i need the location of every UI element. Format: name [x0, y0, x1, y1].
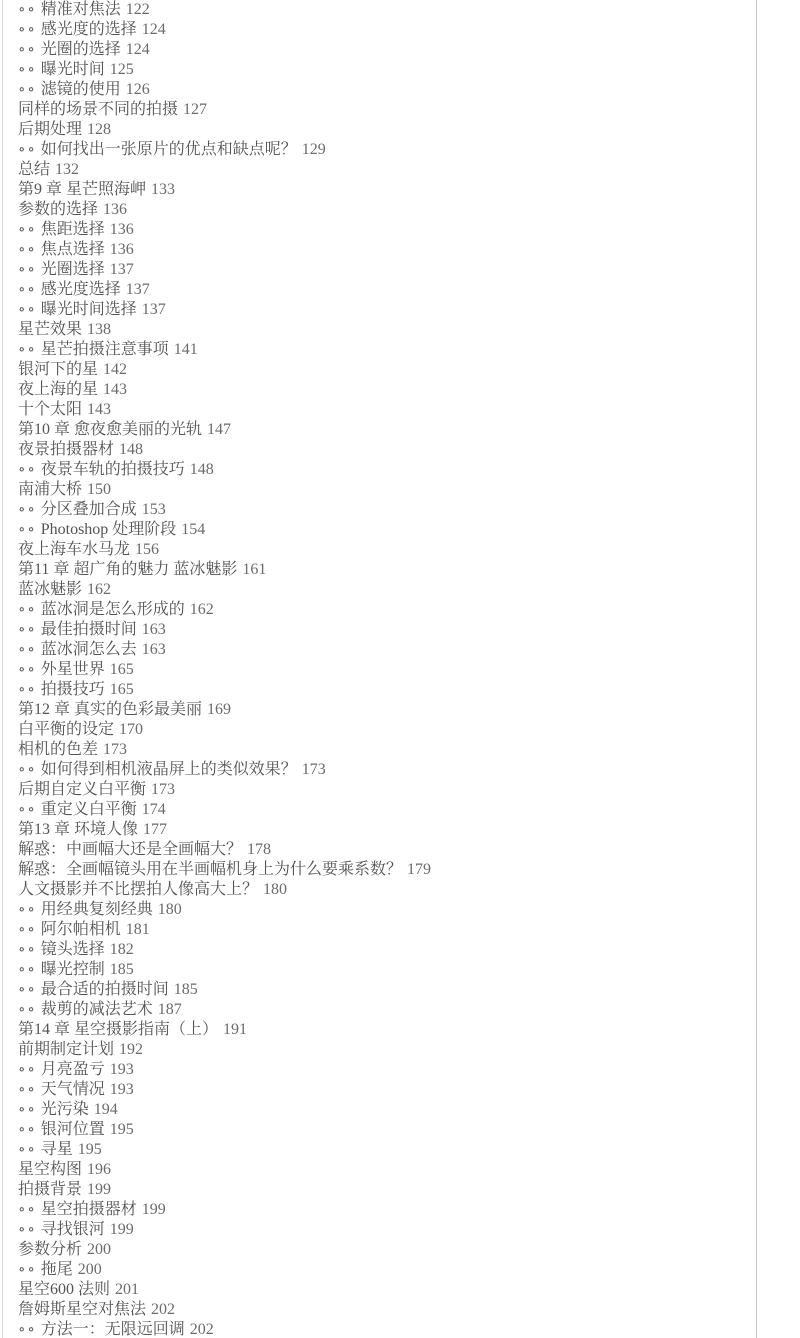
- sub-item-marker: ∘∘: [18, 1140, 37, 1160]
- toc-entry-item: 十个太阳143: [18, 400, 756, 420]
- toc-entry-title: 解惑：中画幅大还是全画幅大？: [18, 841, 242, 858]
- sub-item-marker: ∘∘: [18, 920, 37, 940]
- toc-entry-sub: ∘∘最佳拍摄时间163: [18, 620, 756, 640]
- toc-entry-page: 173: [302, 761, 326, 778]
- toc-entry-page: 185: [174, 981, 198, 998]
- toc-entry-page: 191: [223, 1021, 247, 1038]
- sub-item-marker: ∘∘: [18, 1060, 37, 1080]
- toc-entry-sub: ∘∘方法一：无限远回调202: [18, 1320, 756, 1338]
- toc-entry-title: 蓝冰洞是怎么形成的: [41, 601, 185, 618]
- sub-item-marker: ∘∘: [18, 1220, 37, 1240]
- toc-entry-sub: ∘∘寻找银河199: [18, 1220, 756, 1240]
- sub-item-marker: ∘∘: [18, 1100, 37, 1120]
- toc-entry-page: 137: [126, 281, 150, 298]
- toc-entry-page: 201: [115, 1281, 139, 1298]
- toc-entry-sub: ∘∘蓝冰洞是怎么形成的162: [18, 600, 756, 620]
- toc-entry-title: 光圈的选择: [41, 41, 121, 58]
- toc-entry-page: 182: [110, 941, 134, 958]
- toc-entry-title: 精准对焦法: [41, 1, 121, 18]
- toc-entry-chapter: 第9 章 星芒照海岬133: [18, 180, 756, 200]
- toc-entry-title: 滤镜的使用: [41, 81, 121, 98]
- sub-item-marker: ∘∘: [18, 640, 37, 660]
- toc-entry-item: 拍摄背景199: [18, 1180, 756, 1200]
- toc-entry-page: 125: [110, 61, 134, 78]
- toc-entry-page: 163: [142, 621, 166, 638]
- toc-entry-page: 163: [142, 641, 166, 658]
- toc-entry-sub: ∘∘蓝冰洞怎么去163: [18, 640, 756, 660]
- toc-entry-item: 人文摄影并不比摆拍人像高大上？180: [18, 880, 756, 900]
- sub-item-marker: ∘∘: [18, 1080, 37, 1100]
- toc-entry-page: 200: [78, 1261, 102, 1278]
- toc-entry-sub: ∘∘如何找出一张原片的优点和缺点呢？129: [18, 140, 756, 160]
- sub-item-marker: ∘∘: [18, 220, 37, 240]
- sub-item-marker: ∘∘: [18, 240, 37, 260]
- toc-entry-sub: ∘∘如何得到相机液晶屏上的类似效果？173: [18, 760, 756, 780]
- toc-entry-item: 夜景拍摄器材148: [18, 440, 756, 460]
- toc-entry-item: 后期处理128: [18, 120, 756, 140]
- toc-entry-title: 相机的色差: [18, 741, 98, 758]
- toc-entry-sub: ∘∘重定义白平衡174: [18, 800, 756, 820]
- toc-entry-title: 镜头选择: [41, 941, 105, 958]
- sub-item-marker: ∘∘: [18, 1000, 37, 1020]
- toc-entry-page: 165: [110, 661, 134, 678]
- toc-entry-page: 142: [103, 361, 127, 378]
- toc-entry-title: 外星世界: [41, 661, 105, 678]
- toc-entry-page: 124: [126, 41, 150, 58]
- toc-entry-title: 光圈选择: [41, 261, 105, 278]
- toc-entry-item: 夜上海车水马龙156: [18, 540, 756, 560]
- toc-entry-title: 曝光控制: [41, 961, 105, 978]
- toc-entry-sub: ∘∘滤镜的使用126: [18, 80, 756, 100]
- sub-item-marker: ∘∘: [18, 300, 37, 320]
- toc-entry-page: 173: [103, 741, 127, 758]
- toc-entry-sub: ∘∘精准对焦法122: [18, 0, 756, 20]
- toc-entry-title: 第14 章 星空摄影指南（上）: [18, 1021, 218, 1038]
- toc-entry-page: 137: [142, 301, 166, 318]
- toc-entry-title: 夜景车轨的拍摄技巧: [41, 461, 185, 478]
- toc-entry-page: 148: [119, 441, 143, 458]
- sub-item-marker: ∘∘: [18, 940, 37, 960]
- toc-entry-page: 137: [110, 261, 134, 278]
- toc-entry-page: 165: [110, 681, 134, 698]
- toc-entry-page: 161: [242, 561, 266, 578]
- toc-entry-title: 第12 章 真实的色彩最美丽: [18, 701, 202, 718]
- toc-entry-sub: ∘∘感光度的选择124: [18, 20, 756, 40]
- toc-entry-title: 寻星: [41, 1141, 73, 1158]
- toc-entry-sub: ∘∘镜头选择182: [18, 940, 756, 960]
- toc-entry-page: 194: [94, 1101, 118, 1118]
- toc-entry-title: 重定义白平衡: [41, 801, 137, 818]
- toc-entry-page: 127: [183, 101, 207, 118]
- toc-entry-title: 夜景拍摄器材: [18, 441, 114, 458]
- toc-entry-sub: ∘∘银河位置195: [18, 1120, 756, 1140]
- toc-entry-title: 同样的场景不同的拍摄: [18, 101, 178, 118]
- sub-item-marker: ∘∘: [18, 800, 37, 820]
- sub-item-marker: ∘∘: [18, 140, 37, 160]
- toc-entry-page: 138: [87, 321, 111, 338]
- sub-item-marker: ∘∘: [18, 680, 37, 700]
- toc-entry-chapter: 第11 章 超广角的魅力 蓝冰魅影161: [18, 560, 756, 580]
- toc-entry-title: 白平衡的设定: [18, 721, 114, 738]
- sub-item-marker: ∘∘: [18, 520, 37, 540]
- toc-entry-title: 后期处理: [18, 121, 82, 138]
- toc-entry-page: 199: [142, 1201, 166, 1218]
- sub-item-marker: ∘∘: [18, 0, 37, 20]
- toc-entry-sub: ∘∘光圈的选择124: [18, 40, 756, 60]
- toc-entry-item: 银河下的星142: [18, 360, 756, 380]
- toc-entry-title: 拍摄背景: [18, 1181, 82, 1198]
- toc-entry-page: 136: [110, 241, 134, 258]
- toc-entry-item: 白平衡的设定170: [18, 720, 756, 740]
- toc-entry-item: 蓝冰魅影162: [18, 580, 756, 600]
- toc-entry-page: 195: [78, 1141, 102, 1158]
- toc-entry-title: 星空600 法则: [18, 1281, 110, 1298]
- sub-item-marker: ∘∘: [18, 1320, 37, 1338]
- toc-entry-item: 参数分析200: [18, 1240, 756, 1260]
- toc-entry-page: 180: [158, 901, 182, 918]
- toc-entry-title: 方法一：无限远回调: [41, 1321, 185, 1338]
- toc-entry-chapter: 第13 章 环境人像177: [18, 820, 756, 840]
- toc-entry-page: 132: [55, 161, 79, 178]
- toc-list: ∘∘精准对焦法122∘∘感光度的选择124∘∘光圈的选择124∘∘曝光时间125…: [18, 0, 756, 1338]
- toc-entry-title: 天气情况: [41, 1081, 105, 1098]
- toc-entry-item: 南浦大桥150: [18, 480, 756, 500]
- toc-entry-sub: ∘∘焦点选择136: [18, 240, 756, 260]
- toc-entry-item: 同样的场景不同的拍摄127: [18, 100, 756, 120]
- toc-entry-title: 光污染: [41, 1101, 89, 1118]
- toc-entry-sub: ∘∘星空拍摄器材199: [18, 1200, 756, 1220]
- toc-entry-title: 拍摄技巧: [41, 681, 105, 698]
- toc-entry-sub: ∘∘月亮盈亏193: [18, 1060, 756, 1080]
- toc-entry-page: 196: [87, 1161, 111, 1178]
- toc-entry-page: 133: [151, 181, 175, 198]
- toc-entry-page: 174: [142, 801, 166, 818]
- toc-entry-page: 180: [263, 881, 287, 898]
- sub-item-marker: ∘∘: [18, 960, 37, 980]
- sub-item-marker: ∘∘: [18, 1200, 37, 1220]
- toc-entry-sub: ∘∘光圈选择137: [18, 260, 756, 280]
- sub-item-marker: ∘∘: [18, 1260, 37, 1280]
- toc-entry-sub: ∘∘阿尔帕相机181: [18, 920, 756, 940]
- toc-entry-title: 如何找出一张原片的优点和缺点呢？: [41, 141, 297, 158]
- toc-entry-title: 蓝冰洞怎么去: [41, 641, 137, 658]
- toc-entry-page: 126: [126, 81, 150, 98]
- toc-entry-sub: ∘∘最合适的拍摄时间185: [18, 980, 756, 1000]
- toc-entry-page: 185: [110, 961, 134, 978]
- toc-entry-title: 前期制定计划: [18, 1041, 114, 1058]
- sub-item-marker: ∘∘: [18, 280, 37, 300]
- toc-entry-page: 193: [110, 1081, 134, 1098]
- toc-entry-item: 相机的色差173: [18, 740, 756, 760]
- sub-item-marker: ∘∘: [18, 80, 37, 100]
- toc-entry-page: 169: [207, 701, 231, 718]
- toc-entry-page: 193: [110, 1061, 134, 1078]
- toc-entry-title: 最佳拍摄时间: [41, 621, 137, 638]
- toc-entry-title: 银河位置: [41, 1121, 105, 1138]
- toc-entry-title: 人文摄影并不比摆拍人像高大上？: [18, 881, 258, 898]
- toc-entry-chapter: 第12 章 真实的色彩最美丽169: [18, 700, 756, 720]
- toc-entry-page: 154: [181, 521, 205, 538]
- toc-entry-title: 第11 章 超广角的魅力 蓝冰魅影: [18, 561, 237, 578]
- toc-entry-title: 阿尔帕相机: [41, 921, 121, 938]
- toc-entry-title: 如何得到相机液晶屏上的类似效果？: [41, 761, 297, 778]
- toc-entry-title: 拖尾: [41, 1261, 73, 1278]
- toc-entry-title: 解惑：全画幅镜头用在半画幅机身上为什么要乘系数？: [18, 861, 402, 878]
- toc-entry-page: 179: [407, 861, 431, 878]
- toc-entry-page: 170: [119, 721, 143, 738]
- sub-item-marker: ∘∘: [18, 500, 37, 520]
- toc-entry-title: 第9 章 星芒照海岬: [18, 181, 146, 198]
- toc-entry-page: 147: [207, 421, 231, 438]
- sub-item-marker: ∘∘: [18, 660, 37, 680]
- toc-entry-title: 第10 章 愈夜愈美丽的光轨: [18, 421, 202, 438]
- toc-entry-title: 星芒拍摄注意事项: [41, 341, 169, 358]
- toc-entry-item: 星空构图196: [18, 1160, 756, 1180]
- toc-entry-page: 136: [103, 201, 127, 218]
- sub-item-marker: ∘∘: [18, 260, 37, 280]
- toc-entry-page: 141: [174, 341, 198, 358]
- toc-entry-sub: ∘∘Photoshop 处理阶段154: [18, 520, 756, 540]
- toc-entry-sub: ∘∘星芒拍摄注意事项141: [18, 340, 756, 360]
- toc-entry-page: 153: [142, 501, 166, 518]
- sub-item-marker: ∘∘: [18, 900, 37, 920]
- toc-entry-title: 最合适的拍摄时间: [41, 981, 169, 998]
- toc-entry-page: 150: [87, 481, 111, 498]
- toc-entry-title: Photoshop 处理阶段: [41, 521, 177, 538]
- toc-entry-item: 参数的选择136: [18, 200, 756, 220]
- toc-entry-title: 感光度选择: [41, 281, 121, 298]
- toc-entry-sub: ∘∘裁剪的减法艺术187: [18, 1000, 756, 1020]
- toc-entry-title: 裁剪的减法艺术: [41, 1001, 153, 1018]
- toc-entry-title: 参数分析: [18, 1241, 82, 1258]
- toc-entry-sub: ∘∘焦距选择136: [18, 220, 756, 240]
- toc-entry-sub: ∘∘曝光控制185: [18, 960, 756, 980]
- toc-entry-item: 解惑：全画幅镜头用在半画幅机身上为什么要乘系数？179: [18, 860, 756, 880]
- toc-entry-title: 曝光时间选择: [41, 301, 137, 318]
- toc-entry-chapter: 第14 章 星空摄影指南（上）191: [18, 1020, 756, 1040]
- toc-entry-sub: ∘∘曝光时间选择137: [18, 300, 756, 320]
- toc-entry-sub: ∘∘光污染194: [18, 1100, 756, 1120]
- toc-entry-item: 星芒效果138: [18, 320, 756, 340]
- toc-entry-title: 第13 章 环境人像: [18, 821, 138, 838]
- toc-entry-title: 后期自定义白平衡: [18, 781, 146, 798]
- sub-item-marker: ∘∘: [18, 620, 37, 640]
- toc-entry-item: 解惑：中画幅大还是全画幅大？178: [18, 840, 756, 860]
- toc-entry-page: 143: [103, 381, 127, 398]
- sub-item-marker: ∘∘: [18, 60, 37, 80]
- toc-entry-page: 129: [302, 141, 326, 158]
- toc-entry-page: 192: [119, 1041, 143, 1058]
- toc-entry-item: 星空600 法则201: [18, 1280, 756, 1300]
- toc-entry-sub: ∘∘拖尾200: [18, 1260, 756, 1280]
- toc-entry-title: 感光度的选择: [41, 21, 137, 38]
- toc-entry-page: 156: [135, 541, 159, 558]
- toc-entry-item: 总结132: [18, 160, 756, 180]
- toc-entry-title: 蓝冰魅影: [18, 581, 82, 598]
- sub-item-marker: ∘∘: [18, 40, 37, 60]
- toc-entry-title: 总结: [18, 161, 50, 178]
- sub-item-marker: ∘∘: [18, 600, 37, 620]
- toc-entry-sub: ∘∘寻星195: [18, 1140, 756, 1160]
- toc-entry-page: 124: [142, 21, 166, 38]
- toc-entry-page: 181: [126, 921, 150, 938]
- toc-entry-item: 詹姆斯星空对焦法202: [18, 1300, 756, 1320]
- toc-entry-page: 199: [110, 1221, 134, 1238]
- toc-entry-page: 136: [110, 221, 134, 238]
- sub-item-marker: ∘∘: [18, 1120, 37, 1140]
- toc-entry-sub: ∘∘拍摄技巧165: [18, 680, 756, 700]
- toc-entry-sub: ∘∘感光度选择137: [18, 280, 756, 300]
- toc-entry-title: 夜上海车水马龙: [18, 541, 130, 558]
- toc-entry-sub: ∘∘外星世界165: [18, 660, 756, 680]
- toc-entry-chapter: 第10 章 愈夜愈美丽的光轨147: [18, 420, 756, 440]
- toc-entry-page: 143: [87, 401, 111, 418]
- toc-entry-sub: ∘∘夜景车轨的拍摄技巧148: [18, 460, 756, 480]
- toc-entry-item: 后期自定义白平衡173: [18, 780, 756, 800]
- toc-entry-page: 199: [87, 1181, 111, 1198]
- toc-entry-title: 夜上海的星: [18, 381, 98, 398]
- sub-item-marker: ∘∘: [18, 460, 37, 480]
- toc-entry-title: 用经典复刻经典: [41, 901, 153, 918]
- toc-entry-title: 月亮盈亏: [41, 1061, 105, 1078]
- toc-entry-sub: ∘∘天气情况193: [18, 1080, 756, 1100]
- toc-entry-title: 参数的选择: [18, 201, 98, 218]
- toc-entry-title: 分区叠加合成: [41, 501, 137, 518]
- toc-entry-page: 128: [87, 121, 111, 138]
- toc-entry-page: 178: [247, 841, 271, 858]
- sub-item-marker: ∘∘: [18, 340, 37, 360]
- toc-entry-page: 122: [126, 1, 150, 18]
- toc-entry-page: 162: [87, 581, 111, 598]
- toc-entry-title: 詹姆斯星空对焦法: [18, 1301, 146, 1318]
- toc-entry-title: 银河下的星: [18, 361, 98, 378]
- toc-entry-title: 南浦大桥: [18, 481, 82, 498]
- toc-entry-title: 星芒效果: [18, 321, 82, 338]
- toc-entry-sub: ∘∘用经典复刻经典180: [18, 900, 756, 920]
- toc-entry-item: 夜上海的星143: [18, 380, 756, 400]
- toc-entry-page: 202: [190, 1321, 214, 1338]
- toc-entry-page: 202: [151, 1301, 175, 1318]
- sub-item-marker: ∘∘: [18, 20, 37, 40]
- toc-entry-title: 星空拍摄器材: [41, 1201, 137, 1218]
- toc-entry-page: 177: [143, 821, 167, 838]
- toc-entry-title: 十个太阳: [18, 401, 82, 418]
- sub-item-marker: ∘∘: [18, 980, 37, 1000]
- toc-entry-title: 星空构图: [18, 1161, 82, 1178]
- toc-entry-item: 前期制定计划192: [18, 1040, 756, 1060]
- toc-entry-title: 曝光时间: [41, 61, 105, 78]
- toc-page-column: ∘∘精准对焦法122∘∘感光度的选择124∘∘光圈的选择124∘∘曝光时间125…: [2, 0, 757, 1338]
- toc-entry-page: 187: [158, 1001, 182, 1018]
- toc-entry-page: 200: [87, 1241, 111, 1258]
- sub-item-marker: ∘∘: [18, 760, 37, 780]
- toc-entry-title: 寻找银河: [41, 1221, 105, 1238]
- toc-entry-page: 195: [110, 1121, 134, 1138]
- toc-entry-title: 焦点选择: [41, 241, 105, 258]
- toc-entry-page: 173: [151, 781, 175, 798]
- toc-entry-sub: ∘∘曝光时间125: [18, 60, 756, 80]
- toc-entry-page: 148: [190, 461, 214, 478]
- toc-entry-title: 焦距选择: [41, 221, 105, 238]
- toc-entry-sub: ∘∘分区叠加合成153: [18, 500, 756, 520]
- toc-entry-page: 162: [190, 601, 214, 618]
